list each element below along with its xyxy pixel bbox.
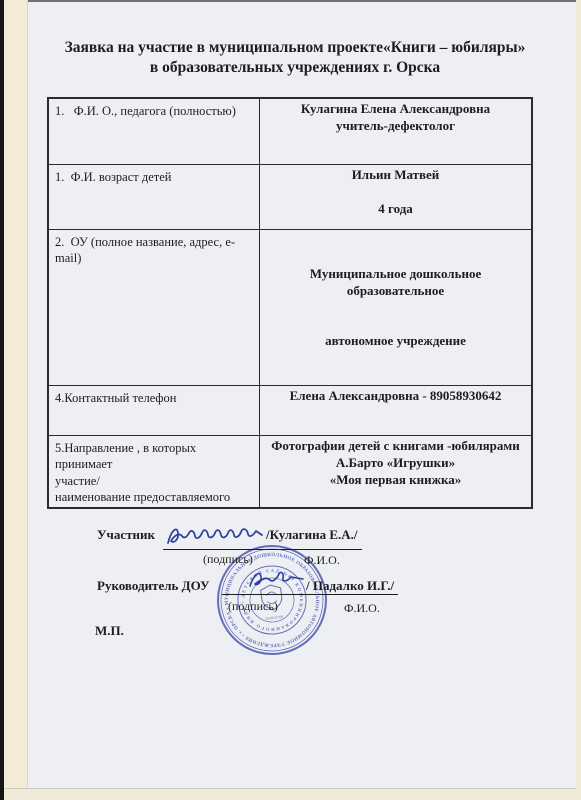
participant-sign-caption: (подпись)	[203, 552, 253, 567]
application-table: 1. Ф.И. О., педагога (полностью) Кулагин…	[47, 97, 533, 509]
participant-signature-ink	[165, 522, 265, 552]
row1-value: Кулагина Елена Александровна учитель-деф…	[260, 99, 531, 165]
row5-label: 5.Направление , в которых принимает учас…	[49, 436, 260, 507]
row4-label: 4.Контактный телефон	[49, 386, 260, 436]
head-label: Руководитель ДОУ	[97, 578, 210, 594]
participant-signature-line	[163, 549, 362, 550]
head-name: / Падалко И.Г./	[306, 578, 394, 594]
head-signature-line	[222, 594, 398, 595]
row1-label: 1. Ф.И. О., педагога (полностью)	[49, 99, 260, 165]
ou-name-2: автономное учреждение	[264, 333, 527, 350]
participant-name: /Кулагина Е.А./	[266, 527, 358, 543]
scan-edge-right-backing	[576, 0, 581, 800]
row2-value: Ильин Матвей 4 года	[260, 165, 531, 230]
scan-edge-left-dark	[0, 0, 4, 800]
participant-fio-caption: Ф.И.О.	[304, 553, 340, 568]
row3-label: 2. ОУ (полное название, адрес, e-mail)	[49, 230, 260, 386]
scan-edge-left-backing	[4, 0, 28, 800]
participant-label: Участник	[97, 527, 155, 543]
scan-edge-top	[0, 0, 581, 2]
row2-label: 1. Ф.И. возраст детей	[49, 165, 260, 230]
head-sign-caption: (подпись)	[228, 599, 278, 614]
row4-value: Елена Александровна - 89058930642	[260, 386, 531, 436]
head-signature-ink	[246, 568, 308, 594]
scanned-application-form: Заявка на участие в муниципальном проект…	[0, 0, 581, 800]
stamp-place-label: М.П.	[95, 623, 124, 639]
row3-value: Муниципальное дошкольное образовательное…	[260, 230, 531, 386]
ou-name-1: Муниципальное дошкольное образовательное	[264, 266, 527, 300]
row5-value: Фотографии детей с книгами -юбилярами А.…	[260, 436, 531, 507]
document-title: Заявка на участие в муниципальном проект…	[30, 38, 560, 79]
title-line-1: Заявка на участие в муниципальном проект…	[30, 38, 560, 58]
scan-edge-bottom-backing	[4, 788, 581, 800]
title-line-2: в образовательных учреждениях г. Орска	[30, 58, 560, 78]
head-fio-caption: Ф.И.О.	[344, 601, 380, 616]
